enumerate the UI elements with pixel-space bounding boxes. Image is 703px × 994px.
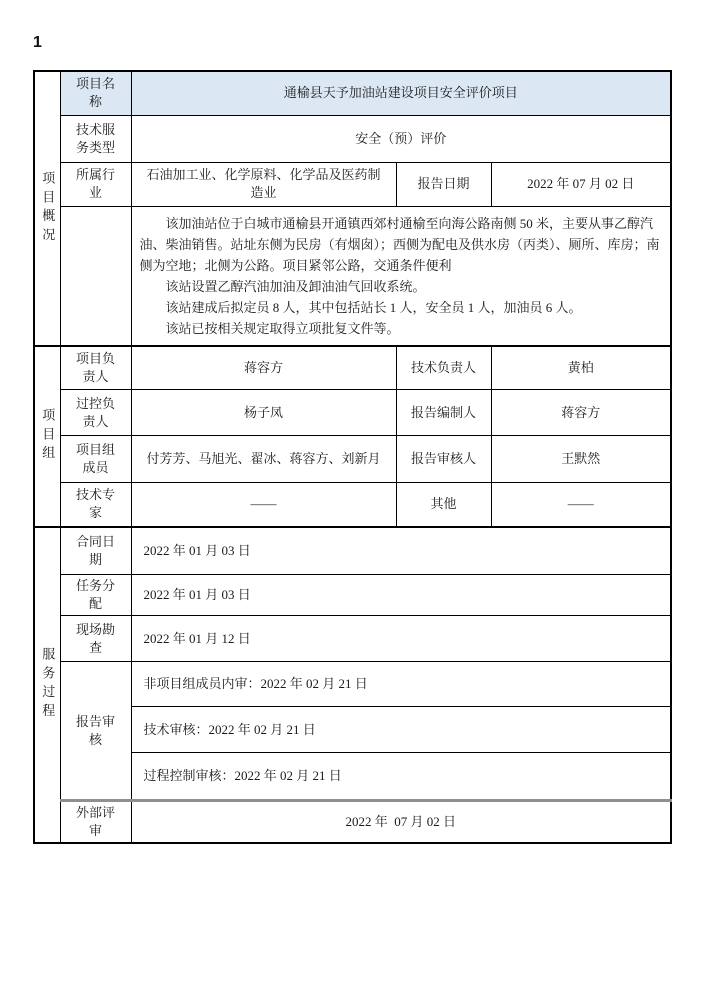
project-info-table: 项目概况 项目名称 通榆县天予加油站建设项目安全评价项目 技术服务类型 安全（预… <box>33 70 672 844</box>
page-number: 1 <box>33 34 42 52</box>
description-paragraph: 该站已按相关规定取得立项批复文件等。 <box>140 318 661 339</box>
project-description: 该加油站位于白城市通榆县开通镇西郊村通榆至向海公路南侧 50 米，主要从事乙醇汽… <box>131 206 671 346</box>
task-assignment-value: 2022 年 01 月 03 日 <box>131 575 671 616</box>
tech-leader-value: 黄柏 <box>491 346 671 390</box>
contract-date-value: 2022 年 01 月 03 日 <box>131 527 671 575</box>
report-reviewer-value: 王默然 <box>491 436 671 483</box>
section-label-overview: 项目概况 <box>34 71 60 346</box>
internal-review-value: 非项目组成员内审：2022 年 02 月 21 日 <box>131 662 671 707</box>
project-name-value: 通榆县天予加油站建设项目安全评价项目 <box>131 71 671 115</box>
project-leader-label: 项目负责人 <box>60 346 131 390</box>
tech-review-value: 技术审核：2022 年 02 月 21 日 <box>131 707 671 753</box>
industry-label: 所属行业 <box>60 162 131 206</box>
other-label: 其他 <box>396 483 491 527</box>
project-leader-value: 蒋容方 <box>131 346 396 390</box>
task-assignment-label: 任务分配 <box>60 575 131 616</box>
report-date-label: 报告日期 <box>396 162 491 206</box>
site-survey-label: 现场勘查 <box>60 616 131 662</box>
process-control-review-value: 过程控制审核：2022 年 02 月 21 日 <box>131 753 671 801</box>
external-review-value: 2022 年 07 月 02 日 <box>131 801 671 844</box>
process-control-label: 过控负责人 <box>60 390 131 436</box>
report-writer-value: 蒋容方 <box>491 390 671 436</box>
site-survey-value: 2022 年 01 月 12 日 <box>131 616 671 662</box>
section-label-process: 服务过程 <box>34 527 60 844</box>
section-label-team: 项目组 <box>34 346 60 527</box>
process-control-value: 杨子凤 <box>131 390 396 436</box>
tech-leader-label: 技术负责人 <box>396 346 491 390</box>
report-writer-label: 报告编制人 <box>396 390 491 436</box>
contract-date-label: 合同日期 <box>60 527 131 575</box>
service-type-value: 安全（预）评价 <box>131 115 671 162</box>
tech-expert-label: 技术专家 <box>60 483 131 527</box>
project-name-label: 项目名称 <box>60 71 131 115</box>
description-paragraph: 该站设置乙醇汽油加油及卸油油气回收系统。 <box>140 276 661 297</box>
tech-expert-value: —— <box>131 483 396 527</box>
team-members-value: 付芳芳、马旭光、翟冰、蒋容方、刘新月 <box>131 436 396 483</box>
description-paragraph: 该站建成后拟定员 8 人，其中包括站长 1 人，安全员 1 人，加油员 6 人。 <box>140 297 661 318</box>
description-paragraph: 该加油站位于白城市通榆县开通镇西郊村通榆至向海公路南侧 50 米，主要从事乙醇汽… <box>140 213 661 276</box>
report-reviewer-label: 报告审核人 <box>396 436 491 483</box>
report-date-value: 2022 年 07 月 02 日 <box>491 162 671 206</box>
external-review-label: 外部评审 <box>60 801 131 844</box>
report-review-label: 报告审核 <box>60 662 131 801</box>
service-type-label: 技术服务类型 <box>60 115 131 162</box>
empty-label-cell <box>60 206 131 346</box>
other-value: —— <box>491 483 671 527</box>
industry-value: 石油加工业、化学原料、化学品及医药制造业 <box>131 162 396 206</box>
team-members-label: 项目组成员 <box>60 436 131 483</box>
